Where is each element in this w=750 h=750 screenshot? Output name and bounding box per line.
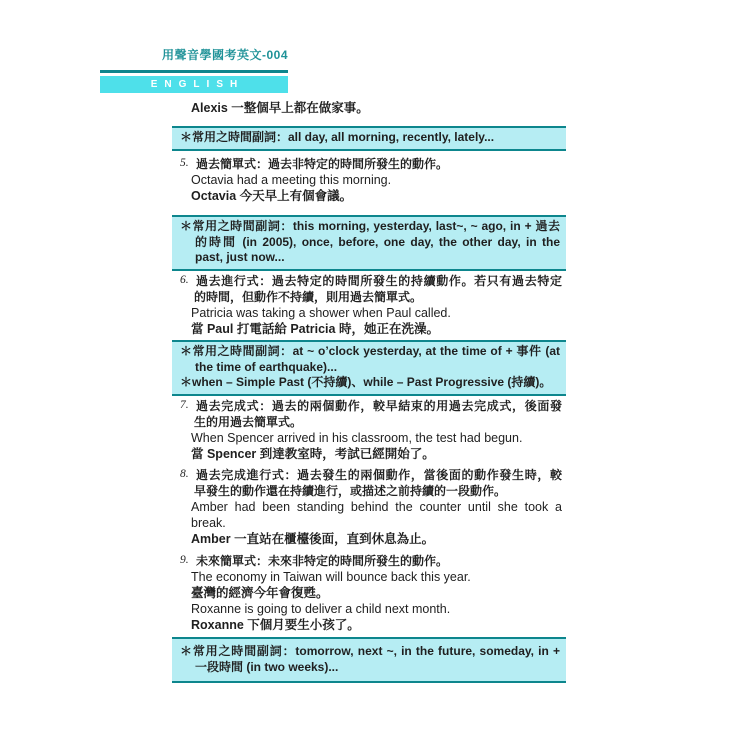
grammar-item-7: 7. 過去完成式：過去的兩個動作，較早結束的用過去完成式，後面發 生的用過去簡單… bbox=[172, 398, 566, 462]
item-line: 過去完成進行式：過去發生的兩個動作，當後面的動作發生時，較 bbox=[172, 467, 566, 483]
box-line: the time of earthquake)... bbox=[172, 360, 566, 376]
item-number: 8. bbox=[180, 468, 189, 480]
grammar-item-5: 5. 過去簡單式：過去非特定的時間所發生的動作。 Octavia had a m… bbox=[172, 156, 566, 204]
box-line: ＊常用之時間副詞：this morning, yesterday, last~,… bbox=[172, 219, 566, 235]
box-line: 的時間 (in 2005), once, before, one day, th… bbox=[172, 235, 566, 251]
time-adverb-box-4: ＊常用之時間副詞：tomorrow, next ~, in the future… bbox=[172, 637, 566, 683]
book-page: 用聲音學國考英文-004 ENGLISH Alexis 一整個早上都在做家事。 … bbox=[0, 0, 750, 750]
item-line: 過去完成式：過去的兩個動作，較早結束的用過去完成式，後面發 bbox=[172, 398, 566, 414]
item-line: Octavia had a meeting this morning. bbox=[172, 172, 566, 188]
box-line: 一段時間 (in two weeks)... bbox=[172, 660, 566, 676]
item-line: break. bbox=[172, 515, 566, 531]
item-line: 早發生的動作還在持續進行，或描述之前持續的一段動作。 bbox=[172, 483, 566, 499]
time-adverb-box-3: ＊常用之時間副詞：at ~ o’clock yesterday, at the … bbox=[172, 340, 566, 396]
item-line: The economy in Taiwan will bounce back t… bbox=[172, 569, 566, 585]
item-line: Amber 一直站在櫃檯後面，直到休息為止。 bbox=[172, 531, 566, 547]
grammar-item-8: 8. 過去完成進行式：過去發生的兩個動作，當後面的動作發生時，較 早發生的動作還… bbox=[172, 467, 566, 547]
grammar-item-6: 6. 過去進行式：過去特定的時間所發生的持續動作。若只有過去特定 的時間，但動作… bbox=[172, 273, 566, 337]
box-line: ＊when – Simple Past (不持續)、while – Past P… bbox=[172, 375, 566, 391]
item-line: 臺灣的經濟今年會復甦。 bbox=[172, 585, 566, 601]
item-line: Amber had been standing behind the count… bbox=[172, 499, 566, 515]
item-line: Roxanne 下個月要生小孩了。 bbox=[172, 617, 566, 633]
page-title: 用聲音學國考英文-004 bbox=[100, 46, 288, 63]
item-line: Patricia was taking a shower when Paul c… bbox=[172, 305, 566, 321]
item-line: 過去簡單式：過去非特定的時間所發生的動作。 bbox=[172, 156, 566, 172]
item-line: 過去進行式：過去特定的時間所發生的持續動作。若只有過去特定 bbox=[172, 273, 566, 289]
grammar-item-9: 9. 未來簡單式：未來非特定的時間所發生的動作。 The economy in … bbox=[172, 553, 566, 633]
box-line: ＊常用之時間副詞：tomorrow, next ~, in the future… bbox=[172, 644, 566, 660]
item-line: Octavia 今天早上有個會議。 bbox=[172, 188, 566, 204]
item-number: 9. bbox=[180, 554, 189, 566]
item-line: 生的用過去簡單式。 bbox=[172, 414, 566, 430]
item-number: 6. bbox=[180, 274, 189, 286]
time-adverb-box-1: ＊常用之時間副詞：all day, all morning, recently,… bbox=[172, 126, 566, 151]
item-line: 未來簡單式：未來非特定的時間所發生的動作。 bbox=[172, 553, 566, 569]
header-rule bbox=[100, 70, 288, 73]
item-line: 的時間，但動作不持續，則用過去簡單式。 bbox=[172, 289, 566, 305]
time-adverb-box-2: ＊常用之時間副詞：this morning, yesterday, last~,… bbox=[172, 215, 566, 271]
box-line: ＊常用之時間副詞：at ~ o’clock yesterday, at the … bbox=[172, 344, 566, 360]
item-line: Roxanne is going to deliver a child next… bbox=[172, 601, 566, 617]
english-banner: ENGLISH bbox=[100, 76, 288, 93]
intro-line: Alexis 一整個早上都在做家事。 bbox=[172, 100, 566, 116]
item-number: 7. bbox=[180, 399, 189, 411]
box-line: ＊常用之時間副詞：all day, all morning, recently,… bbox=[172, 130, 566, 146]
item-line: 當 Spencer 到達教室時，考試已經開始了。 bbox=[172, 446, 566, 462]
item-line: 當 Paul 打電話給 Patricia 時，她正在洗澡。 bbox=[172, 321, 566, 337]
item-number: 5. bbox=[180, 157, 189, 169]
box-line: past, just now... bbox=[172, 250, 566, 266]
item-line: When Spencer arrived in his classroom, t… bbox=[172, 430, 566, 446]
